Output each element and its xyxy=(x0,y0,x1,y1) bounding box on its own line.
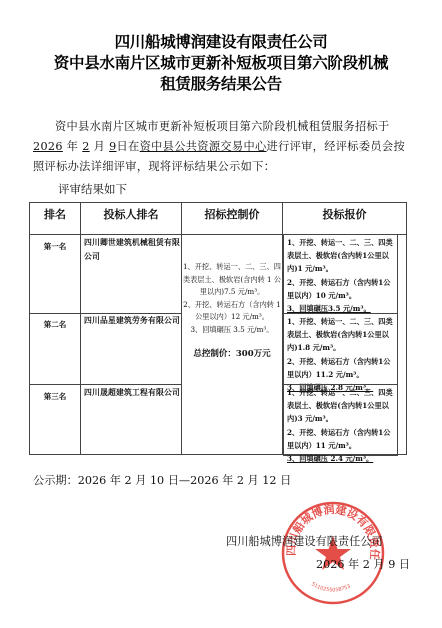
offer-cell-2: 1、开挖、转运一、二、三、四类表层土、极软岩(含内转1公里以内)1.8 元/m³… xyxy=(283,313,398,385)
control-total-label: 总控制价 xyxy=(193,349,227,359)
bidder-1: 四川卿世建筑机械租赁有限公司 xyxy=(84,236,180,264)
results-heading: 评审结果如下 xyxy=(58,181,127,197)
offer-2-item-2: 2、开挖、转运石方（含内转1公里以内）11.2 元/m³。 xyxy=(287,355,394,381)
notice-title-line2: 资中县水南片区城市更新补短板项目第六阶段机械 xyxy=(0,53,442,74)
offer-cell-3: 1、开挖、转运一、二、三、四类表层土、极软岩(含内转1公里以内)3 元/m³。 … xyxy=(283,384,398,456)
control-total: 总控制价：300万元 xyxy=(182,348,282,361)
svg-text:5110255058753: 5110255058753 xyxy=(310,581,351,593)
rank-2: 第二名 xyxy=(30,319,80,330)
row-divider xyxy=(30,384,181,385)
intro-day-unit: 日在 xyxy=(117,140,140,153)
results-table: 排名 投标人排名 招标控制价 投标报价 第一名 四川卿世建筑机械租赁有限公司 第… xyxy=(29,202,407,455)
signature-date: 2026 年 2 月 9 日 xyxy=(316,556,410,572)
company-seal-icon: 四川船城博润建设有限责任公司 5110255058753 xyxy=(280,500,386,606)
offer-cell-1: 1、开挖、转运一、二、三、四类表层土、极软岩(含内转1公里以内)1 元/m³。 … xyxy=(283,234,398,314)
control-item-2: 2、开挖、转运石方（含内转 1 公里以内）12 元/m³。 xyxy=(182,299,282,324)
control-item-3: 3、回填碾压 3.5 元/m³。 xyxy=(182,324,282,337)
offer-3-item-3: 3、回填碾压 2.4 元/m³。 xyxy=(287,452,394,465)
header-rank: 排名 xyxy=(30,206,80,222)
signature-company: 四川船城博润建设有限责任公司 xyxy=(226,533,383,549)
offer-3-item-2: 2、开挖、转运石方（含内转1公里以内）11 元/m³。 xyxy=(287,426,394,452)
intro-year: 2026 xyxy=(33,140,63,153)
bidder-3: 四川晟超建筑工程有限公司 xyxy=(84,386,180,400)
intro-year-unit: 年 xyxy=(67,140,79,153)
intro-day: 9 xyxy=(109,140,116,153)
header-bid-price: 投标报价 xyxy=(283,206,406,222)
intro-paragraph: 资中县水南片区城市更新补短板项目第六阶段机械租赁服务招标于 2026 年 2 月… xyxy=(33,117,408,177)
control-total-value: ：300万元 xyxy=(227,349,270,359)
intro-part1: 资中县水南片区城市更新补短板项目第六阶段机械租赁服务招标于 xyxy=(55,120,390,133)
offer-3-item-1: 1、开挖、转运一、二、三、四类表层土、极软岩(含内转1公里以内)3 元/m³。 xyxy=(287,386,394,426)
company-title: 四川船城博润建设有限责任公司 xyxy=(0,32,442,53)
publicity-period: 公示期：2026 年 2 月 10 日—2026 年 2 月 12 日 xyxy=(33,472,291,488)
rank-1: 第一名 xyxy=(30,241,80,252)
bidder-2: 四川品星建筑劳务有限公司 xyxy=(84,314,180,328)
offer-2-item-1: 1、开挖、转运一、二、三、四类表层土、极软岩(含内转1公里以内)1.8 元/m³… xyxy=(287,315,394,355)
offer-1-item-1: 1、开挖、转运一、二、三、四类表层土、极软岩(含内转1公里以内)1 元/m³。 xyxy=(287,236,394,276)
header-control-price: 招标控制价 xyxy=(182,206,282,222)
col-divider xyxy=(80,203,81,454)
intro-month-unit: 月 xyxy=(94,140,106,153)
control-price-cell: 1、开挖、转运一、二、三、四类表层土、极软岩(含内转 1 公里以内)7.5 元/… xyxy=(182,261,282,361)
offer-1-item-2: 2、开挖、转运石方（含内转1公里以内）10 元/m³。 xyxy=(287,276,394,302)
control-item-1: 1、开挖、转运一、二、三、四类表层土、极软岩(含内转 1 公里以内)7.5 元/… xyxy=(182,261,282,299)
notice-title-line3: 租赁服务结果公告 xyxy=(0,74,442,95)
rank-3: 第三名 xyxy=(30,391,80,402)
intro-month: 2 xyxy=(82,140,89,153)
intro-venue: 资中县公共资源交易中心 xyxy=(140,140,267,153)
header-bidder: 投标人排名 xyxy=(81,206,181,222)
